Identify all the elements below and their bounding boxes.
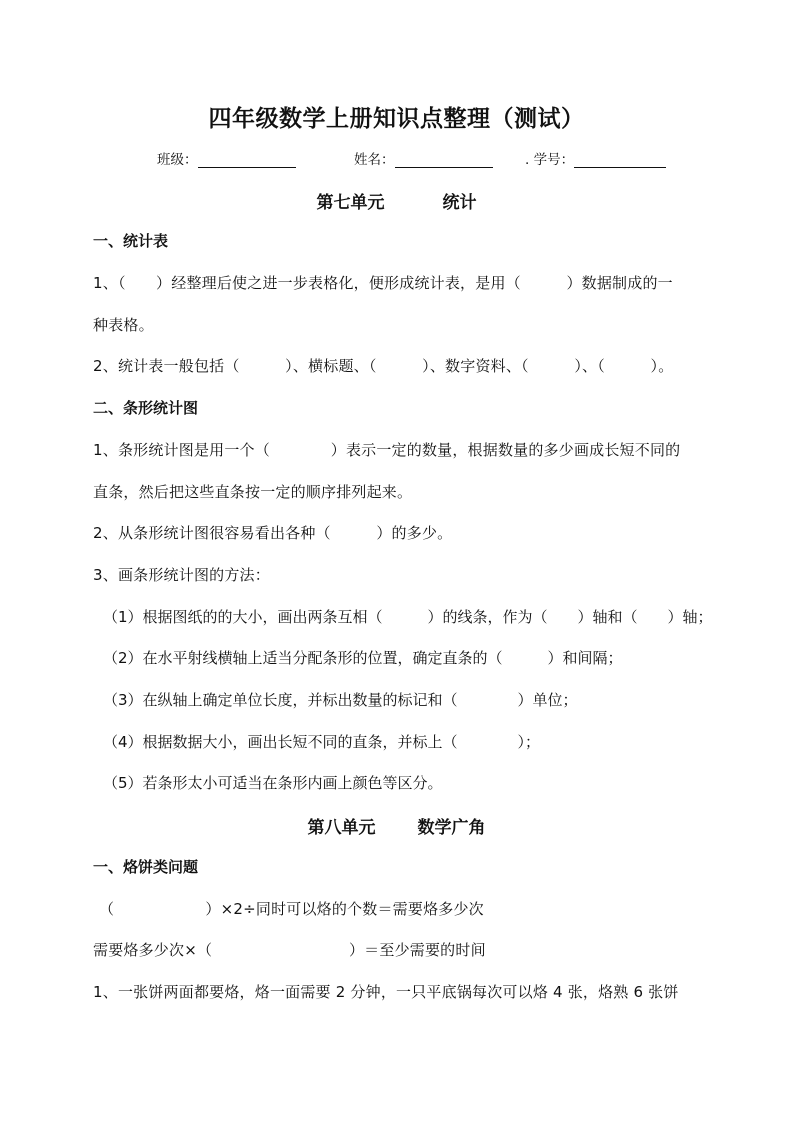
unit7-section2-title: 二、条形统计图 bbox=[93, 397, 198, 418]
unit7-step4: （4）根据数据大小，画出长短不同的直条，并标上（ ）； bbox=[103, 731, 540, 752]
unit7-step5: （5）若条形太小可适当在条形内画上颜色等区分。 bbox=[103, 772, 443, 793]
page-title: 四年级数学上册知识点整理（测试） bbox=[0, 100, 793, 133]
unit7-s1-item1-cont: 种表格。 bbox=[93, 314, 154, 335]
unit7-s1-item2: 2、统计表一般包括（ ）、横标题、（ ）、数字资料、（ ）、（ ）。 bbox=[93, 355, 673, 376]
unit7-number: 第七单元 bbox=[317, 188, 385, 213]
unit8-heading: 第八单元数学广角 bbox=[0, 813, 793, 838]
unit8-formula1: （ ）×2÷同时可以烙的个数＝需要烙多少次 bbox=[99, 898, 484, 919]
unit7-heading: 第七单元统计 bbox=[0, 188, 793, 213]
unit7-s2-item1: 1、条形统计图是用一个（ ）表示一定的数量，根据数量的多少画成长短不同的 bbox=[93, 439, 680, 460]
student-id-label: . 学号： bbox=[525, 152, 574, 168]
unit7-step1: （1）根据图纸的的大小，画出两条互相（ ）的线条，作为（ ）轴和（ ）轴； bbox=[103, 606, 713, 627]
unit8-question1: 1、一张饼两面都要烙，烙一面需要 2 分钟，一只平底锅每次可以烙 4 张，烙熟 … bbox=[93, 981, 679, 1002]
unit8-section1-title: 一、烙饼类问题 bbox=[93, 856, 198, 877]
unit7-section1-title: 一、统计表 bbox=[93, 230, 168, 251]
unit8-topic: 数学广角 bbox=[418, 813, 486, 838]
unit7-s2-item2: 2、从条形统计图很容易看出各种（ ）的多少。 bbox=[93, 522, 452, 543]
name-label: 姓名： bbox=[354, 152, 395, 168]
unit7-s1-item1: 1、（ ）经整理后使之进一步表格化，便形成统计表，是用（ ）数据制成的一 bbox=[93, 272, 673, 293]
unit7-step3: （3）在纵轴上确定单位长度，并标出数量的标记和（ ）单位； bbox=[103, 689, 578, 710]
unit7-s2-item1-cont: 直条，然后把这些直条按一定的顺序排列起来。 bbox=[93, 481, 412, 502]
class-label: 班级： bbox=[157, 152, 198, 168]
unit7-s2-item3: 3、画条形统计图的方法： bbox=[93, 564, 270, 585]
class-input-line[interactable] bbox=[198, 153, 296, 168]
unit8-formula2: 需要烙多少次×（ ）＝至少需要的时间 bbox=[93, 939, 486, 960]
name-input-line[interactable] bbox=[395, 153, 493, 168]
student-id-field: . 学号： bbox=[525, 148, 666, 168]
unit7-topic: 统计 bbox=[443, 188, 477, 213]
unit7-step2: （2）在水平射线横轴上适当分配条形的位置，确定直条的（ ）和间隔； bbox=[103, 647, 623, 668]
name-field: 姓名： bbox=[354, 148, 493, 168]
unit8-number: 第八单元 bbox=[308, 813, 376, 838]
student-id-input-line[interactable] bbox=[574, 153, 666, 168]
class-field: 班级： bbox=[157, 148, 296, 168]
